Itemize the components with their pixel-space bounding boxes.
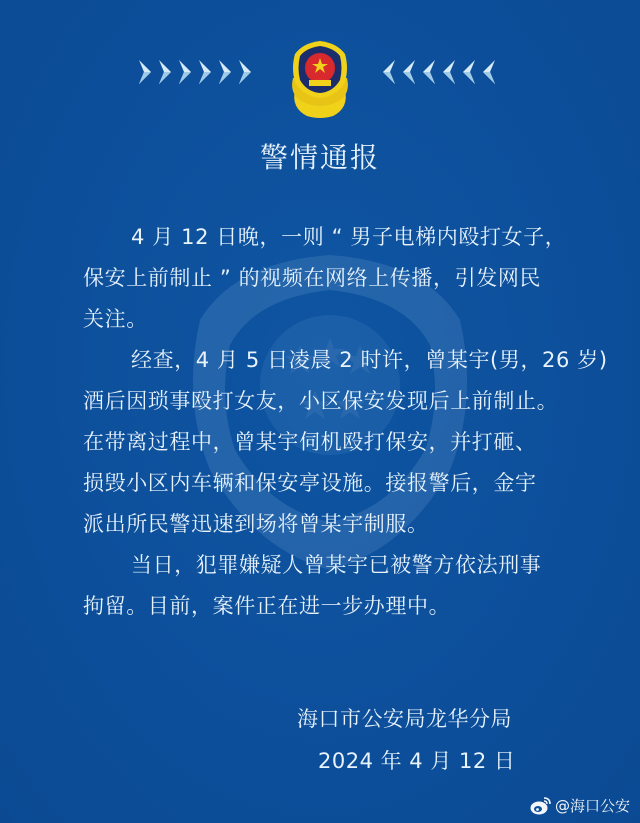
chevron-left-icon <box>460 58 476 86</box>
chevron-left-icon <box>380 58 396 86</box>
weibo-watermark: @海口公安 <box>530 795 630 816</box>
police-emblem-icon <box>287 38 353 120</box>
body-line: 经查，4 月 5 日凌晨 2 时许，曾某宇(男，26 岁) <box>83 340 563 381</box>
chevron-right-icon <box>138 58 154 86</box>
weibo-icon <box>530 796 552 816</box>
body-line: 4 月 12 日晚，一则 “ 男子电梯内殴打女子， <box>83 217 563 258</box>
body-line: 酒后因琐事殴打女友，小区保安发现后上前制止。 <box>83 381 563 422</box>
chevron-left-icon <box>440 58 456 86</box>
notice-page: 警情通报 4 月 12 日晚，一则 “ 男子电梯内殴打女子， 保安上前制止 ” … <box>0 0 640 823</box>
notice-body: 4 月 12 日晚，一则 “ 男子电梯内殴打女子， 保安上前制止 ” 的视频在网… <box>83 217 563 627</box>
signature-date: 2024 年 4 月 12 日 <box>318 745 515 775</box>
body-line: 派出所民警迅速到场将曾某宇制服。 <box>83 504 563 545</box>
body-line: 保安上前制止 ” 的视频在网络上传播，引发网民 <box>83 258 563 299</box>
weibo-handle: @海口公安 <box>555 795 630 816</box>
chevron-left-icon <box>420 58 436 86</box>
chevron-left-icon <box>400 58 416 86</box>
body-line: 关注。 <box>83 299 563 340</box>
chevron-right-icon <box>158 58 174 86</box>
left-chevron-decoration <box>138 58 254 86</box>
body-line: 当日，犯罪嫌疑人曾某宇已被警方依法刑事 <box>83 545 563 586</box>
right-chevron-decoration <box>380 58 496 86</box>
chevron-right-icon <box>198 58 214 86</box>
body-line: 在带离过程中，曾某宇伺机殴打保安，并打砸、 <box>83 422 563 463</box>
chevron-right-icon <box>218 58 234 86</box>
page-title: 警情通报 <box>0 136 640 176</box>
signature-organization: 海口市公安局龙华分局 <box>297 703 512 733</box>
chevron-left-icon <box>480 58 496 86</box>
chevron-right-icon <box>178 58 194 86</box>
body-line: 损毁小区内车辆和保安亭设施。接报警后，金宇 <box>83 463 563 504</box>
chevron-right-icon <box>238 58 254 86</box>
body-line: 拘留。目前，案件正在进一步办理中。 <box>83 586 563 627</box>
